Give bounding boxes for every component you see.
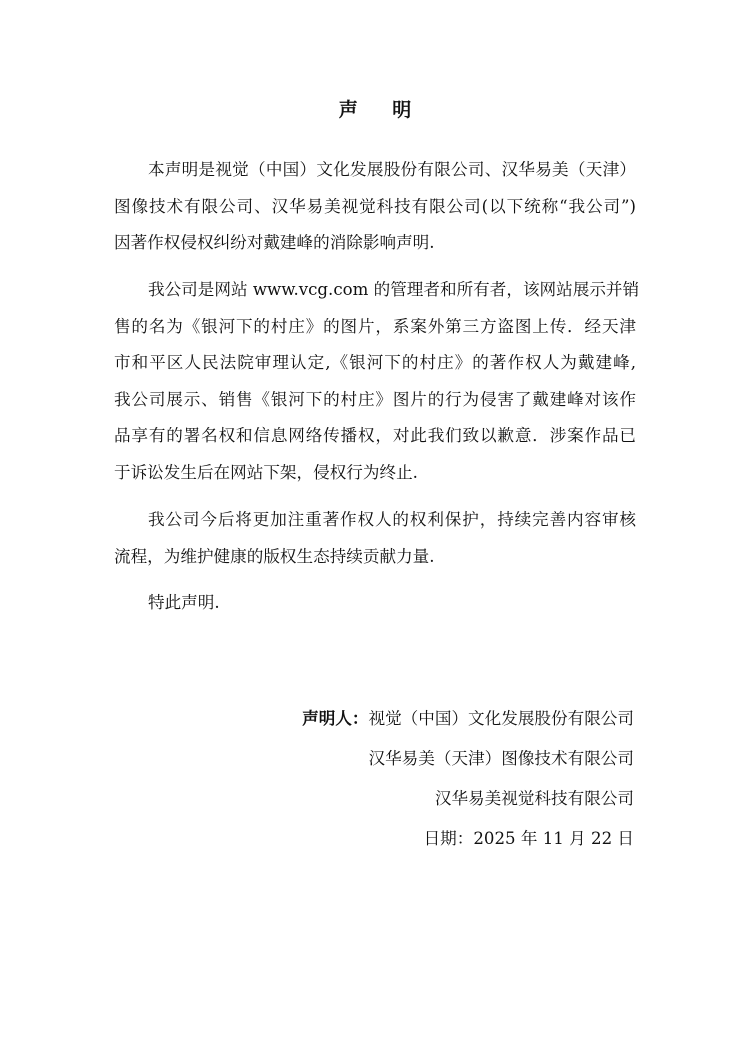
paragraph-line: 市和平区人民法院审理认定,《银河下的村庄》的著作权人为戴建峰, <box>114 345 636 382</box>
paragraph-line: 因著作权侵权纠纷对戴建峰的消除影响声明. <box>114 225 636 262</box>
paragraph-closing: 特此声明. <box>114 585 636 622</box>
declarant-company-3: 汉华易美视觉科技有限公司 <box>302 779 634 819</box>
signature-block: 声明人：视觉（中国）文化发展股份有限公司 汉华易美（天津）图像技术有限公司 汉华… <box>302 699 634 859</box>
signature-row-1: 声明人：视觉（中国）文化发展股份有限公司 <box>302 699 634 739</box>
declarant-company-2: 汉华易美（天津）图像技术有限公司 <box>302 739 634 779</box>
paragraph-line: 我公司展示、销售《银河下的村庄》图片的行为侵害了戴建峰对该作 <box>114 382 636 419</box>
paragraph-commitment: 我公司今后将更加注重著作权人的权利保护，持续完善内容审核 流程，为维护健康的版权… <box>114 502 636 575</box>
paragraph-line: 图像技术有限公司、汉华易美视觉科技有限公司(以下统称“我公司”) <box>114 189 636 226</box>
paragraph-line: 特此声明. <box>114 585 636 622</box>
paragraph-intro: 本声明是视觉（中国）文化发展股份有限公司、汉华易美（天津） 图像技术有限公司、汉… <box>114 152 636 262</box>
paragraph-line: 我公司今后将更加注重著作权人的权利保护，持续完善内容审核 <box>114 502 636 539</box>
paragraph-line: 我公司是网站 www.vcg.com 的管理者和所有者，该网站展示并销 <box>114 272 636 309</box>
paragraph-line: 售的名为《银河下的村庄》的图片，系案外第三方盗图上传．经天津 <box>114 309 636 346</box>
paragraph-line: 于诉讼发生后在网站下架，侵权行为终止. <box>114 455 636 492</box>
declarant-company-1: 视觉（中国）文化发展股份有限公司 <box>369 709 635 728</box>
date-value: 2025 年 11 月 22 日 <box>473 829 634 848</box>
document-title: 声 明 <box>0 96 750 124</box>
paragraph-line: 流程，为维护健康的版权生态持续贡献力量. <box>114 539 636 576</box>
paragraph-line: 品享有的署名权和信息网络传播权，对此我们致以歉意．涉案作品已 <box>114 418 636 455</box>
document-page: 声 明 本声明是视觉（中国）文化发展股份有限公司、汉华易美（天津） 图像技术有限… <box>0 0 750 1060</box>
signature-date-row: 日期：2025 年 11 月 22 日 <box>302 819 634 859</box>
paragraph-line: 本声明是视觉（中国）文化发展股份有限公司、汉华易美（天津） <box>114 152 636 189</box>
declarant-label: 声明人： <box>302 709 368 728</box>
date-label: 日期： <box>424 829 474 848</box>
paragraph-infringement: 我公司是网站 www.vcg.com 的管理者和所有者，该网站展示并销 售的名为… <box>114 272 636 492</box>
